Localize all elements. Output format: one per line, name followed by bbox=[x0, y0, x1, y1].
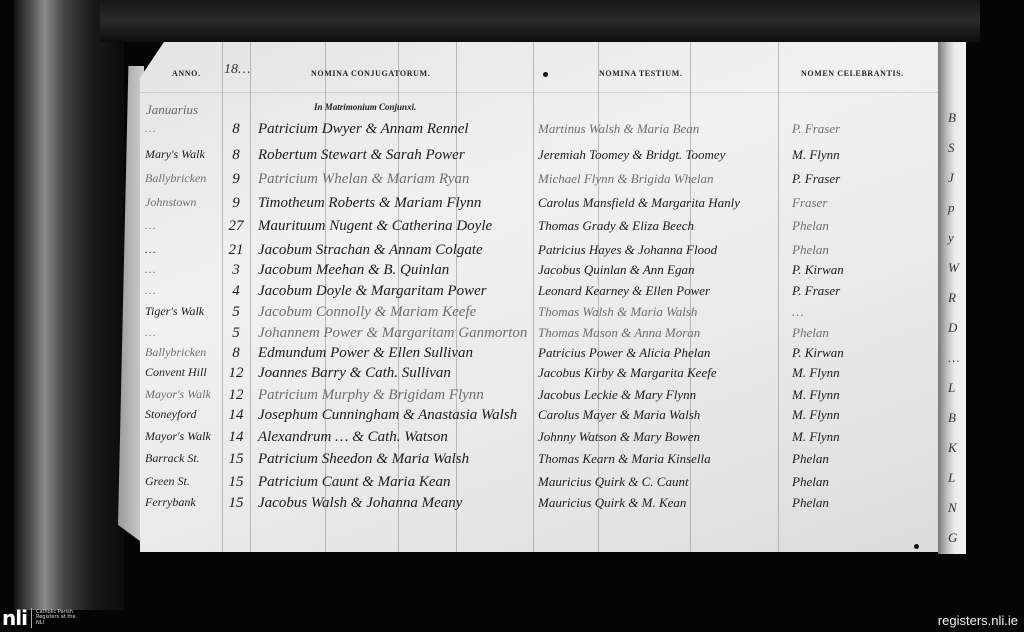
entry-celebrant: M. Flynn bbox=[792, 388, 922, 401]
table-row: Barrack St.15Patricium Sheedon & Maria W… bbox=[0, 452, 1024, 474]
header-rule bbox=[140, 92, 938, 93]
entry-day: 12 bbox=[224, 366, 248, 381]
entry-day: 12 bbox=[224, 388, 248, 403]
table-row: Tiger's Walk5Jacobum Connolly & Mariam K… bbox=[0, 305, 1024, 327]
entry-celebrant: P. Fraser bbox=[792, 172, 922, 185]
entry-day: 4 bbox=[224, 284, 248, 299]
entry-celebrant: Phelan bbox=[792, 496, 922, 509]
entry-celebrant: Fraser bbox=[792, 196, 922, 209]
entry-spouses: Jacobum Meehan & B. Quinlan bbox=[258, 263, 528, 278]
entry-spouses: Patricium Whelan & Mariam Ryan bbox=[258, 172, 528, 187]
table-row: Convent Hill12Joannes Barry & Cath. Sull… bbox=[0, 366, 1024, 388]
entry-celebrant: Phelan bbox=[792, 243, 922, 256]
entry-spouses: Edmundum Power & Ellen Sullivan bbox=[258, 346, 528, 361]
page-dot bbox=[914, 544, 919, 549]
table-row: Green St.15Patricium Caunt & Maria KeanM… bbox=[0, 475, 1024, 497]
entry-witnesses: Mauricius Quirk & C. Caunt bbox=[538, 475, 778, 488]
nli-logo-mark: nli bbox=[2, 606, 27, 630]
entry-spouses: Robertum Stewart & Sarah Power bbox=[258, 148, 528, 163]
margin-letter: G bbox=[948, 530, 964, 546]
entry-celebrant: P. Kirwan bbox=[792, 346, 922, 359]
entry-celebrant: P. Fraser bbox=[792, 122, 922, 135]
entry-day: 9 bbox=[224, 172, 248, 187]
entry-spouses: Jacobus Walsh & Johanna Meany bbox=[258, 496, 528, 511]
header-anno: ANNO. bbox=[172, 69, 201, 78]
entry-witnesses: Jacobus Kirby & Margarita Keefe bbox=[538, 366, 778, 379]
entry-day: 14 bbox=[224, 430, 248, 445]
entry-witnesses: Carolus Mayer & Maria Walsh bbox=[538, 408, 778, 421]
logo-divider bbox=[31, 608, 32, 628]
table-row: Johnstown9Timotheum Roberts & Mariam Fly… bbox=[0, 196, 1024, 218]
entry-spouses: Jacobum Doyle & Margaritam Power bbox=[258, 284, 528, 299]
year-mark: 18… bbox=[224, 62, 250, 78]
entry-witnesses: Patricius Hayes & Johanna Flood bbox=[538, 243, 778, 256]
entry-celebrant: Phelan bbox=[792, 452, 922, 465]
entry-day: 8 bbox=[224, 122, 248, 137]
entry-witnesses: Thomas Kearn & Maria Kinsella bbox=[538, 452, 778, 465]
entry-witnesses: Leonard Kearney & Ellen Power bbox=[538, 284, 778, 297]
entry-day: 3 bbox=[224, 263, 248, 278]
entry-celebrant: M. Flynn bbox=[792, 430, 922, 443]
entry-spouses: Jacobum Connolly & Mariam Keefe bbox=[258, 305, 528, 320]
table-row: …3Jacobum Meehan & B. QuinlanJacobus Qui… bbox=[0, 263, 1024, 285]
entry-witnesses: Jacobus Leckie & Mary Flynn bbox=[538, 388, 778, 401]
entry-witnesses: Martinus Walsh & Maria Bean bbox=[538, 122, 778, 135]
entry-witnesses: Michael Flynn & Brigida Whelan bbox=[538, 172, 778, 185]
entry-celebrant: M. Flynn bbox=[792, 148, 922, 161]
entry-day: 8 bbox=[224, 148, 248, 163]
entry-celebrant: P. Fraser bbox=[792, 284, 922, 297]
entry-day: 9 bbox=[224, 196, 248, 211]
table-row: …4Jacobum Doyle & Margaritam PowerLeonar… bbox=[0, 284, 1024, 306]
entry-witnesses: Johnny Watson & Mary Bowen bbox=[538, 430, 778, 443]
book-binding-top bbox=[100, 0, 980, 42]
entry-witnesses: Thomas Grady & Eliza Beech bbox=[538, 219, 778, 232]
entry-witnesses: Thomas Mason & Anna Moran bbox=[538, 326, 778, 339]
entry-celebrant: Phelan bbox=[792, 219, 922, 232]
entry-spouses: Josephum Cunningham & Anastasia Walsh bbox=[258, 408, 528, 423]
entry-witnesses: Jeremiah Toomey & Bridgt. Toomey bbox=[538, 148, 778, 161]
nli-logo-subtitle: Catholic Parish Registers at the NLI bbox=[36, 610, 76, 627]
entry-day: 21 bbox=[224, 243, 248, 258]
table-row: Ferrybank15Jacobus Walsh & Johanna Meany… bbox=[0, 496, 1024, 518]
entry-spouses: Maurituum Nugent & Catherina Doyle bbox=[258, 219, 528, 234]
header-nomina-testium: NOMINA TESTIUM. bbox=[599, 69, 683, 78]
entry-spouses: Joannes Barry & Cath. Sullivan bbox=[258, 366, 528, 381]
entry-spouses: Timotheum Roberts & Mariam Flynn bbox=[258, 196, 528, 211]
entry-spouses: Patricium Murphy & Brigidam Flynn bbox=[258, 388, 528, 403]
entry-day: 27 bbox=[224, 219, 248, 234]
table-row: Ballybricken9Patricium Whelan & Mariam R… bbox=[0, 172, 1024, 194]
entry-celebrant: Phelan bbox=[792, 475, 922, 488]
entry-day: 14 bbox=[224, 408, 248, 423]
month-label: Januarius bbox=[146, 102, 198, 118]
header-nomen-celebrantis: NOMEN CELEBRANTIS. bbox=[801, 69, 904, 78]
entry-celebrant: P. Kirwan bbox=[792, 263, 922, 276]
entry-day: 8 bbox=[224, 346, 248, 361]
table-row: Mayor's Walk14Alexandrum … & Cath. Watso… bbox=[0, 430, 1024, 452]
entry-celebrant: … bbox=[792, 305, 922, 318]
entry-witnesses: Carolus Mansfield & Margarita Hanly bbox=[538, 196, 778, 209]
entry-spouses: Johannem Power & Margaritam Ganmorton bbox=[258, 326, 528, 341]
entry-spouses: Jacobum Strachan & Annam Colgate bbox=[258, 243, 528, 258]
table-row: …27Maurituum Nugent & Catherina DoyleTho… bbox=[0, 219, 1024, 241]
entry-day: 15 bbox=[224, 496, 248, 511]
entry-celebrant: M. Flynn bbox=[792, 408, 922, 421]
page-dot bbox=[543, 72, 548, 77]
entry-spouses: Alexandrum … & Cath. Watson bbox=[258, 430, 528, 445]
entry-celebrant: M. Flynn bbox=[792, 366, 922, 379]
subheader-in-matrimonium: In Matrimonium Conjunxi. bbox=[314, 102, 416, 112]
table-row: Mary's Walk8Robertum Stewart & Sarah Pow… bbox=[0, 148, 1024, 170]
entry-spouses: Patricium Dwyer & Annam Rennel bbox=[258, 122, 528, 137]
source-site-url: registers.nli.ie bbox=[938, 613, 1018, 628]
entry-witnesses: Thomas Walsh & Maria Walsh bbox=[538, 305, 778, 318]
entry-day: 5 bbox=[224, 326, 248, 341]
table-row: …8Patricium Dwyer & Annam RennelMartinus… bbox=[0, 122, 1024, 144]
entry-celebrant: Phelan bbox=[792, 326, 922, 339]
entry-spouses: Patricium Caunt & Maria Kean bbox=[258, 475, 528, 490]
entry-day: 5 bbox=[224, 305, 248, 320]
table-row: Stoneyford14Josephum Cunningham & Anasta… bbox=[0, 408, 1024, 430]
nli-logo: nli Catholic Parish Registers at the NLI bbox=[2, 606, 76, 630]
entry-day: 15 bbox=[224, 452, 248, 467]
entry-spouses: Patricium Sheedon & Maria Walsh bbox=[258, 452, 528, 467]
entry-day: 15 bbox=[224, 475, 248, 490]
register-image-viewer[interactable]: BSJpyWRD…LBKLNG ANNO. NOMINA CONJUGATORU… bbox=[0, 0, 1024, 632]
entry-witnesses: Mauricius Quirk & M. Kean bbox=[538, 496, 778, 509]
entry-witnesses: Patricius Power & Alicia Phelan bbox=[538, 346, 778, 359]
header-nomina-conjugatorum: NOMINA CONJUGATORUM. bbox=[311, 69, 430, 78]
entry-witnesses: Jacobus Quinlan & Ann Egan bbox=[538, 263, 778, 276]
